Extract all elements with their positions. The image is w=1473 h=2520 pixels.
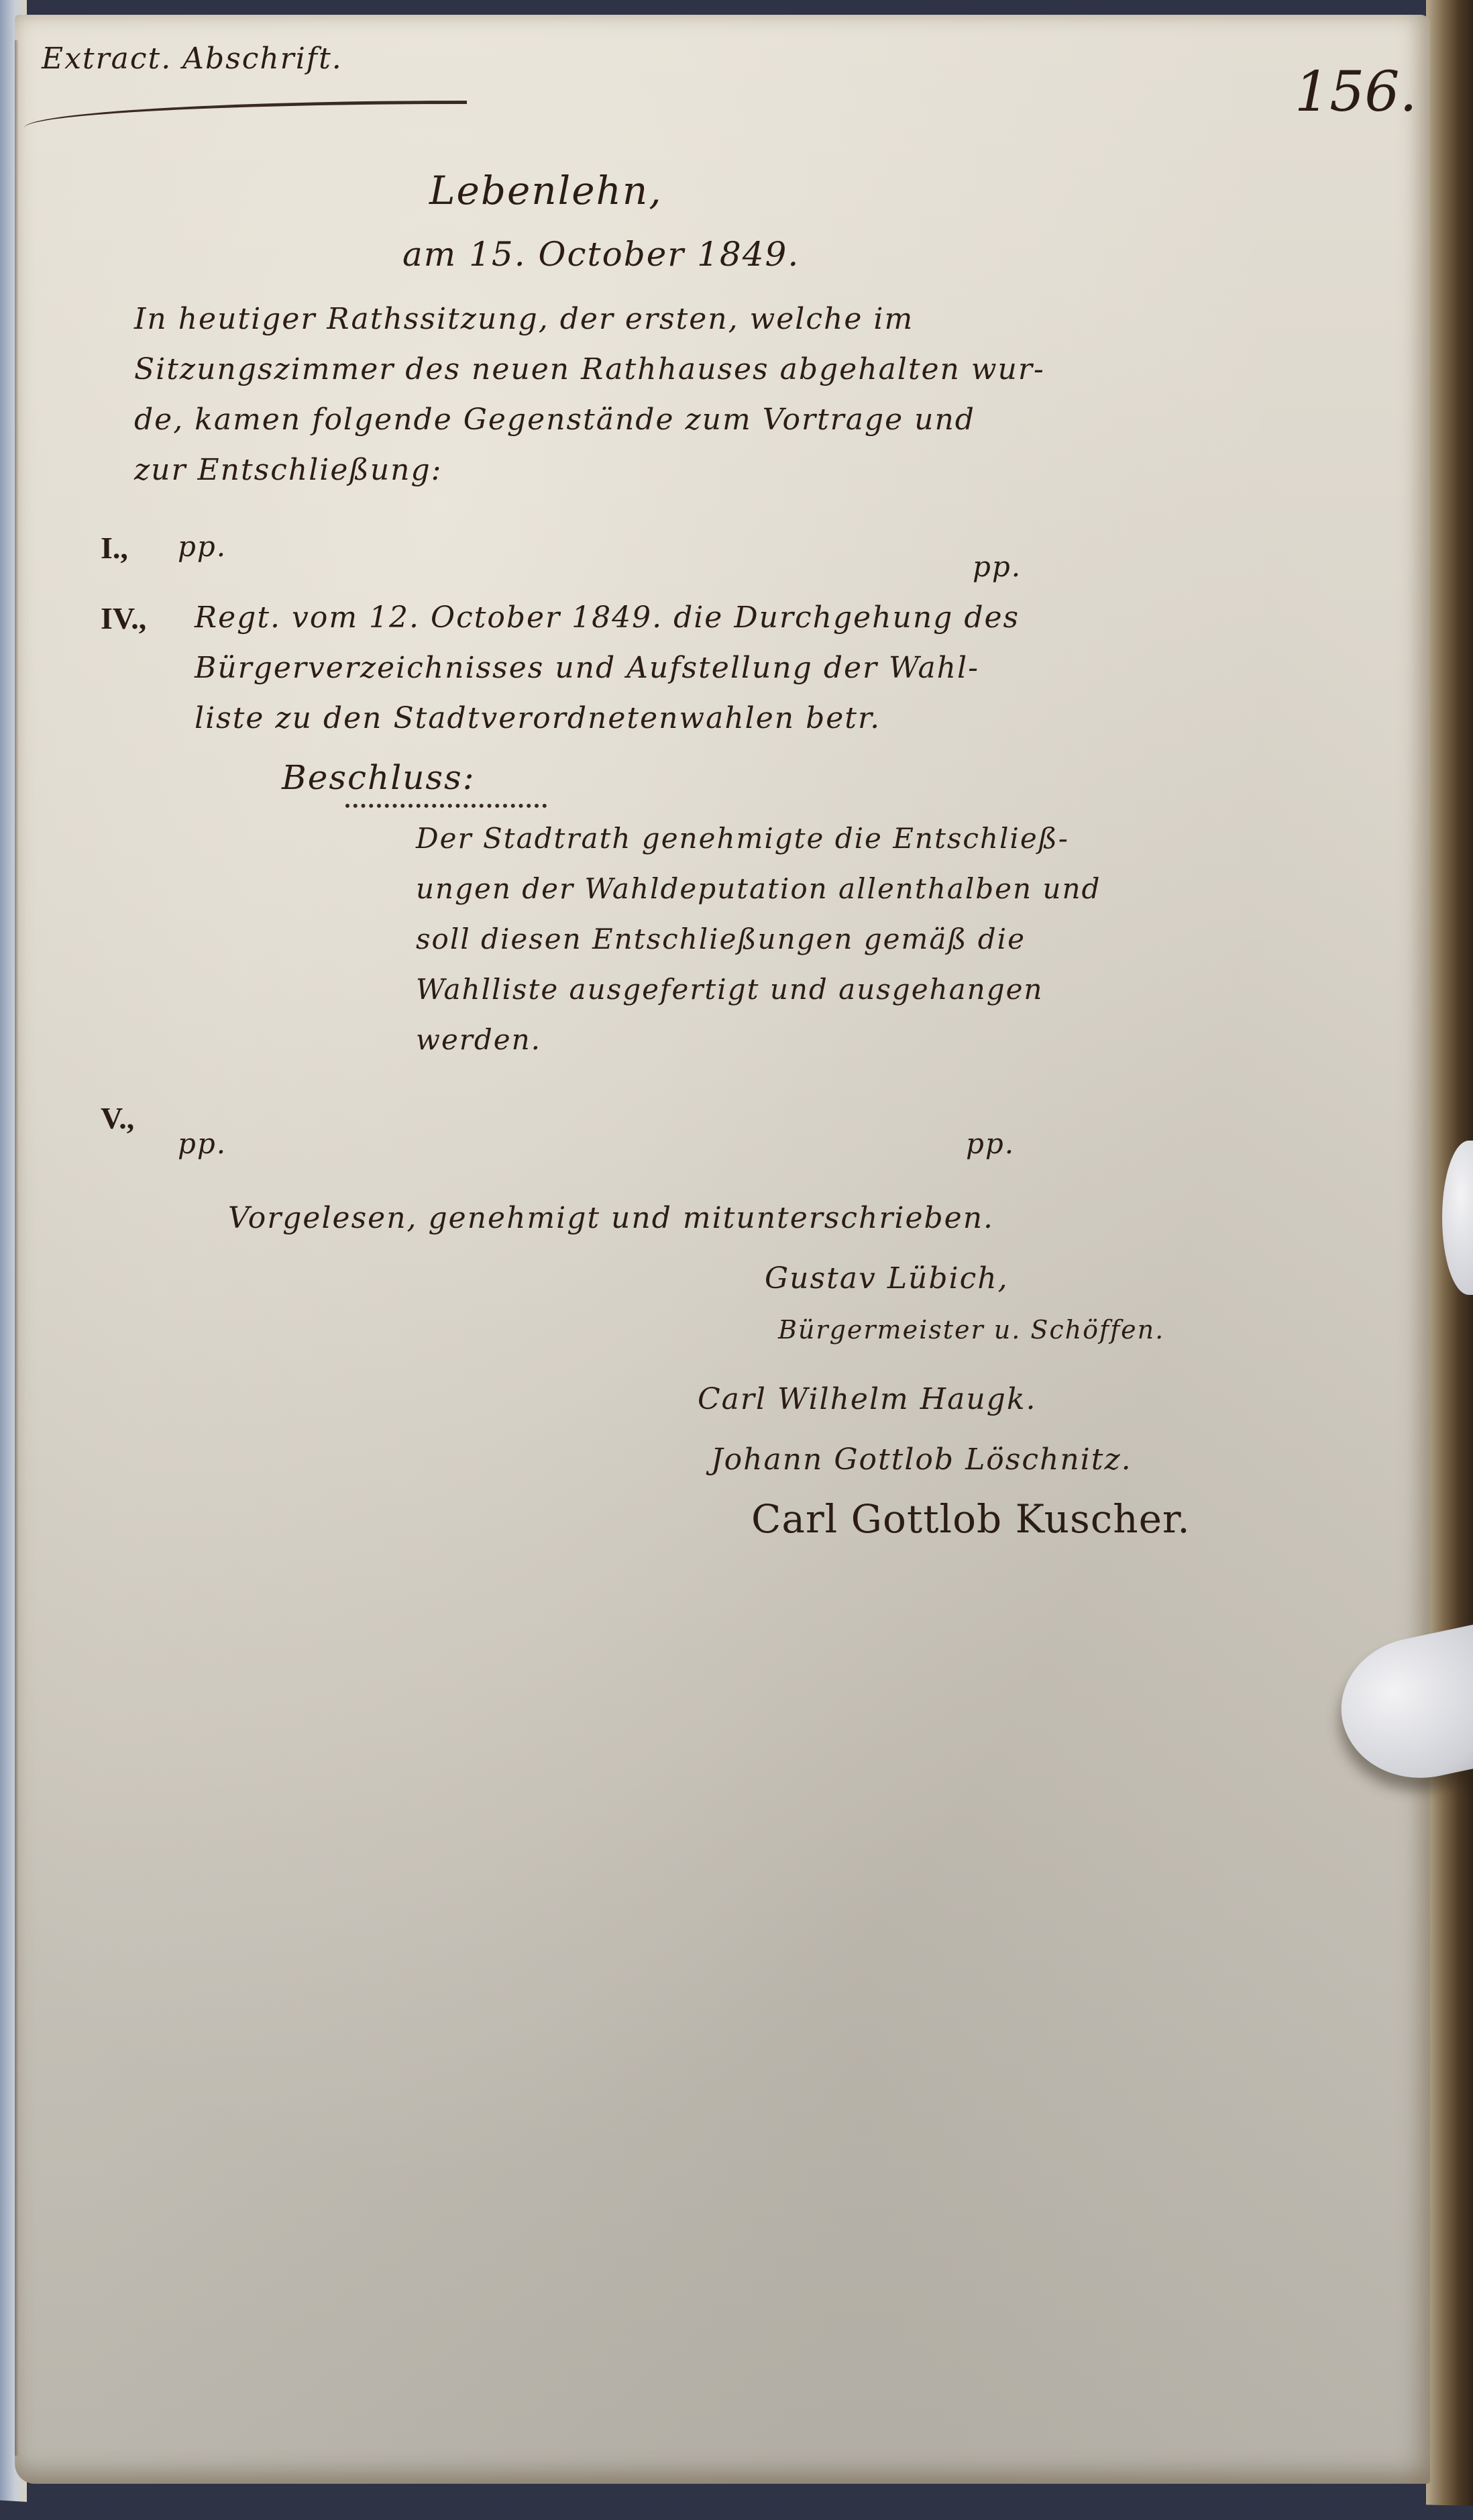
item-number: I.,: [101, 530, 128, 566]
signature: Carl Wilhelm Haugk.: [698, 1382, 1037, 1416]
resolution-heading: Beschluss:: [282, 758, 476, 797]
item-text-line: Regt. vom 12. October 1849. die Durchgeh…: [195, 600, 1020, 635]
page-fold-shadow: [15, 40, 19, 2456]
intro-line: In heutiger Rathssitzung, der ersten, we…: [134, 302, 914, 336]
signature: Gustav Lübich,: [765, 1261, 1009, 1296]
intro-line: zur Entschließung:: [134, 453, 442, 487]
intro-line: Sitzungszimmer des neuen Rathhauses abge…: [134, 352, 1045, 386]
item-number: IV.,: [101, 600, 146, 636]
place-name: Lebenlehn,: [429, 168, 663, 213]
item-pp-marker: pp.: [973, 550, 1022, 583]
folio-number: 156.: [1295, 60, 1417, 124]
closing-formula: Vorgelesen, genehmigt und mitunterschrie…: [228, 1201, 994, 1235]
resolution-line: werden.: [416, 1023, 541, 1056]
page-bottom-edge: [0, 2492, 1473, 2520]
meeting-date: am 15. October 1849.: [402, 235, 800, 274]
signature: Johann Gottlob Löschnitz.: [711, 1442, 1132, 1477]
signature: Carl Gottlob Kuscher.: [751, 1496, 1191, 1542]
resolution-underline: [345, 804, 547, 808]
item-text-line: Bürgerverzeichnisses und Aufstellung der…: [195, 651, 979, 685]
header-title: Extract. Abschrift.: [42, 42, 343, 76]
resolution-line: ungen der Wahldeputation allenthalben un…: [416, 872, 1101, 905]
item-pp-marker: pp.: [178, 530, 227, 563]
resolution-line: soll diesen Entschließungen gemäß die: [416, 923, 1026, 955]
resolution-line: Der Stadtrath genehmigte die Entschließ-: [416, 822, 1069, 855]
item-pp-marker: pp.: [178, 1127, 227, 1160]
item-text-line: liste zu den Stadtverordnetenwahlen betr…: [195, 701, 881, 735]
item-pp-marker: pp.: [966, 1127, 1015, 1160]
resolution-line: Wahlliste ausgefertigt und ausgehangen: [416, 973, 1043, 1006]
signature-title: Bürgermeister u. Schöffen.: [778, 1315, 1164, 1345]
item-number: V.,: [101, 1100, 134, 1136]
intro-line: de, kamen folgende Gegenstände zum Vortr…: [134, 403, 975, 437]
